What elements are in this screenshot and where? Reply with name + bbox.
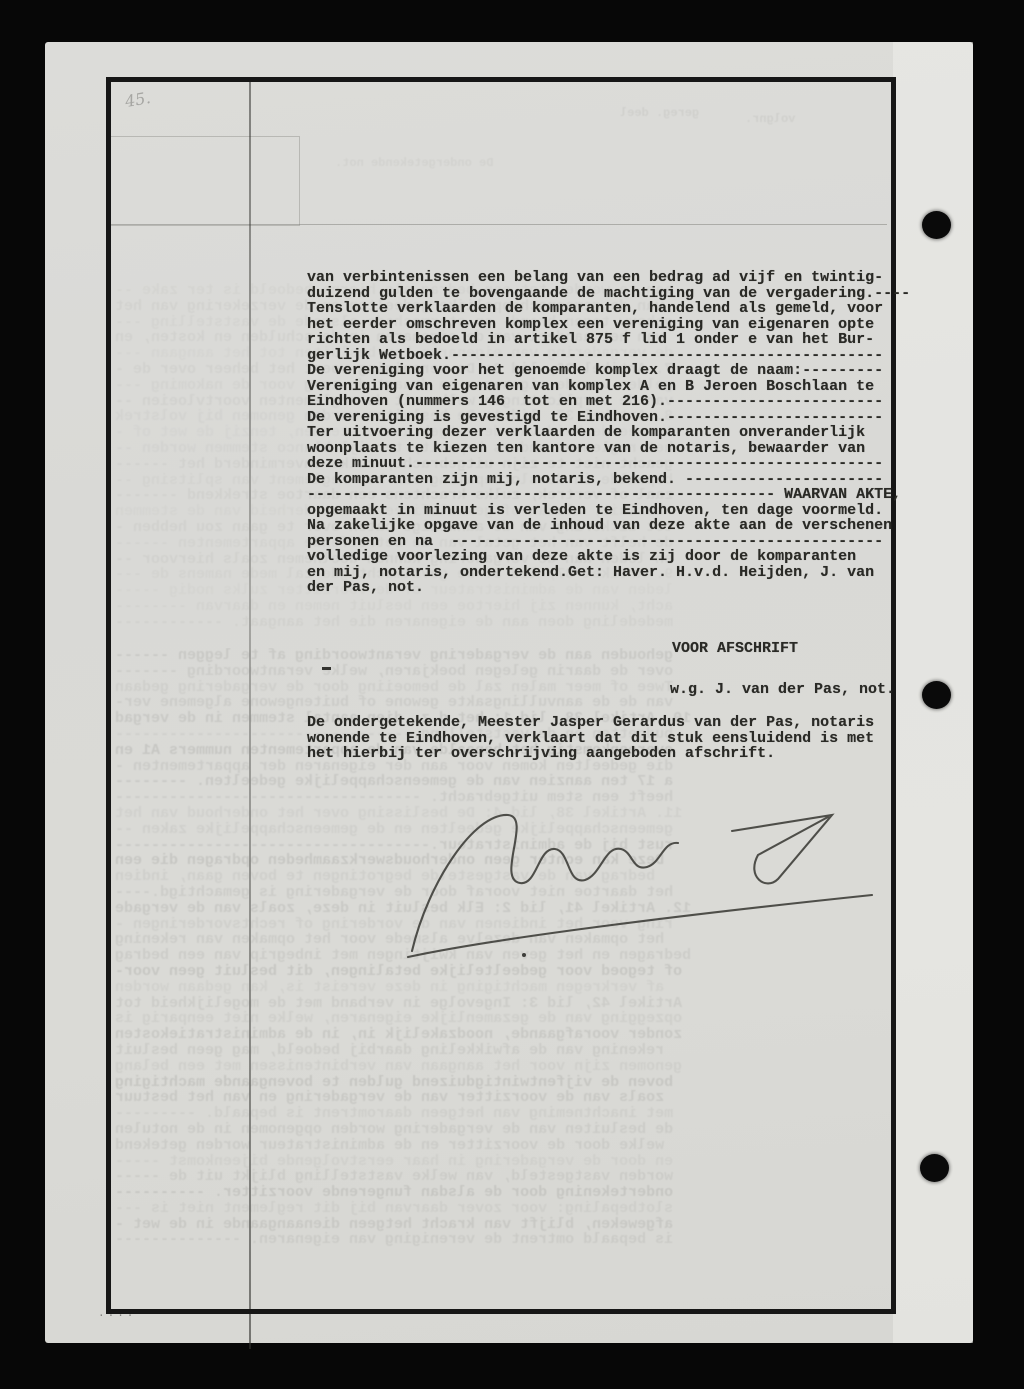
deed-text-line: en mij, notaris, ondertekend.Get: Haver.… [307,565,910,581]
notary-statement-line: De ondergetekende, Meester Jasper Gerard… [307,715,874,731]
deed-text-line: Na zakelijke opgave van de inhoud van de… [307,518,910,534]
deed-text-line: richten als bedoeld in artikel 875 f lid… [307,332,910,348]
signature-underline-stroke [408,895,872,957]
notary-statement-block: De ondergetekende, Meester Jasper Gerard… [307,715,874,762]
deed-text-line: Vereniging van eigenaren van komplex A e… [307,379,910,395]
deed-text-line: van verbintenissen een belang van een be… [307,270,910,286]
deed-text-line: gerlijk Wetboek.------------------------… [307,348,910,364]
copy-heading: VOOR AFSCHRIFT [672,641,798,657]
signature-name-stroke [412,815,678,951]
signature-flourish-stroke [732,815,832,883]
bottom-edge-marks: .... [98,1308,136,1320]
punch-hole [920,1154,949,1182]
deed-text-line: volledige voorlezing van deze akte is zi… [307,549,910,565]
deed-text-line: De vereniging is gevestigd te Eindhoven.… [307,410,910,426]
deed-text-line: De komparanten zijn mij, notaris, bekend… [307,472,910,488]
deed-text-line: opgemaakt in minuut is verleden te Eindh… [307,503,910,519]
notary-statement-line: het hierbij ter overschrijving aangebode… [307,746,874,762]
deed-text-line: ----------------------------------------… [307,487,910,503]
scanned-deed-page: 45. gereg. deel volgnr. De ondergetekend… [0,0,1024,1389]
notary-statement-line: wonende te Eindhoven, verklaart dat dit … [307,731,874,747]
signed-abbreviation-line: w.g. J. van der Pas, not. [670,682,895,698]
paper-sheet: 45. gereg. deel volgnr. De ondergetekend… [45,42,973,1343]
deed-text-line: duizend gulden te bovengaande de machtig… [307,286,910,302]
deed-text-block: van verbintenissen een belang van een be… [307,270,910,596]
signature-pen-dot [522,953,526,957]
deed-text-line: deze minuut.----------------------------… [307,456,910,472]
punch-hole [922,681,951,709]
deed-text-line: Eindhoven (nummers 146 tot en met 216).-… [307,394,910,410]
deed-text-line: Ter uitvoering dezer verklaarden de komp… [307,425,910,441]
stray-mark [322,667,331,670]
deed-text-line: De vereniging voor het genoemde komplex … [307,363,910,379]
deed-text-line: woonplaats te kiezen ten kantore van de … [307,441,910,457]
deed-text-line: der Pas, not. [307,580,910,596]
handwritten-signature [380,785,890,985]
deed-text-line: Tenslotte verklaarden de komparanten, ha… [307,301,910,317]
deed-text-line: personen en na -------------------------… [307,534,910,550]
deed-text-line: het eerder omschreven komplex een vereni… [307,317,910,333]
punch-hole [922,211,951,239]
